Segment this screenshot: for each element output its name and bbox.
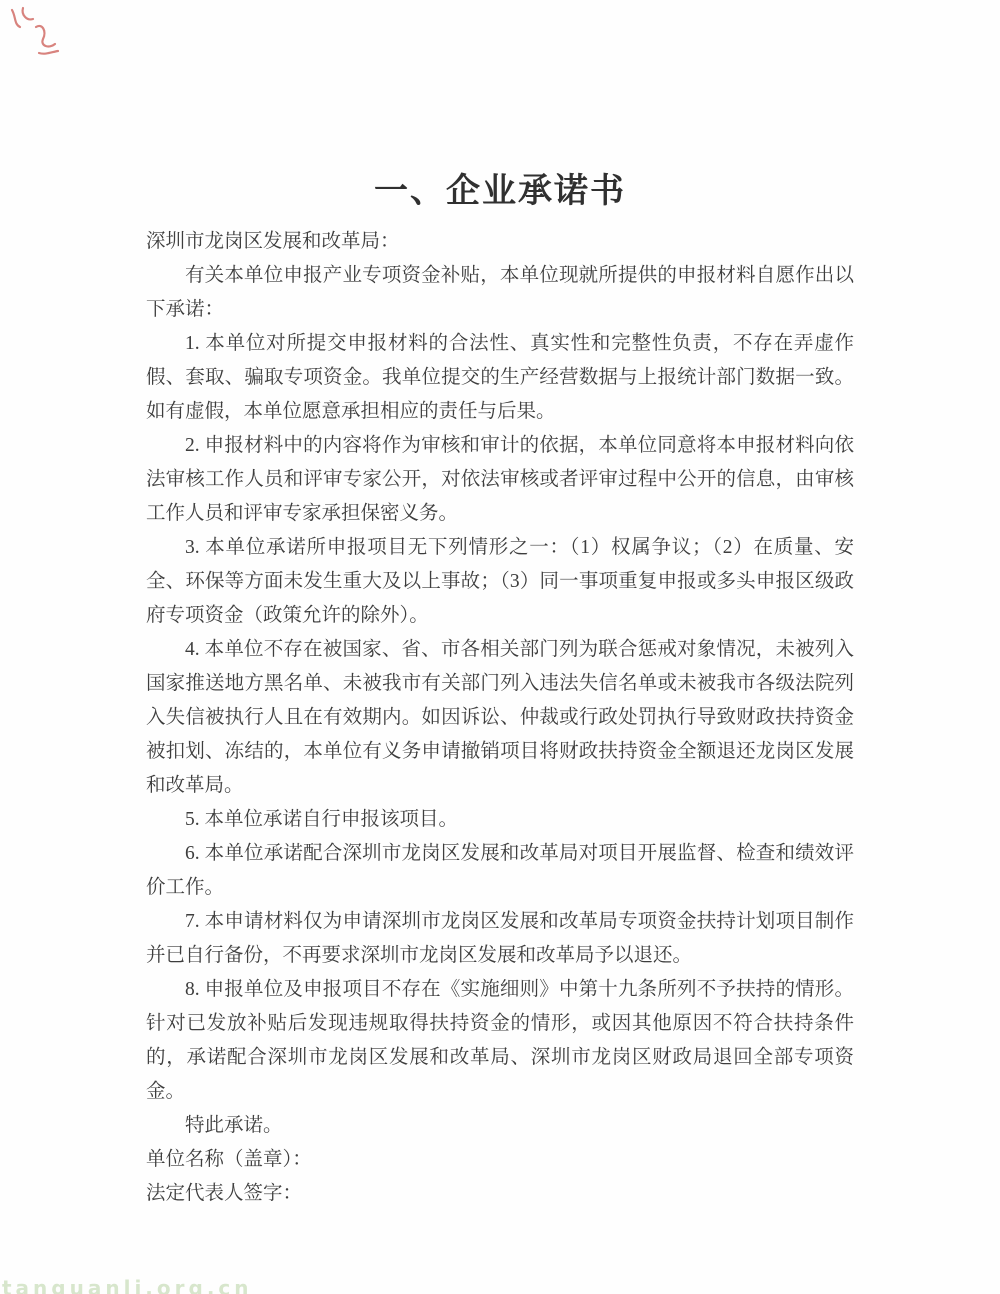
commitment-item-8: 8. 申报单位及申报项目不存在《实施细则》中第十九条所列不予扶持的情形。针对已发… <box>146 973 854 1109</box>
closing-line: 特此承诺。 <box>146 1109 854 1143</box>
commitment-item-3: 3. 本单位承诺所申报项目无下列情形之一：（1）权属争议；（2）在质量、安全、环… <box>146 531 854 633</box>
commitment-item-5: 5. 本单位承诺自行申报该项目。 <box>146 803 854 837</box>
commitment-item-1: 1. 本单位对所提交申报材料的合法性、真实性和完整性负责，不存在弄虚作假、套取、… <box>146 327 854 429</box>
document-title: 一、企业承诺书 <box>0 172 1000 212</box>
commitment-item-6: 6. 本单位承诺配合深圳市龙岗区发展和改革局对项目开展监督、检查和绩效评价工作。 <box>146 837 854 905</box>
commitment-item-2: 2. 申报材料中的内容将作为审核和审计的依据，本单位同意将本申报材料向依法审核工… <box>146 429 854 531</box>
unit-name-seal-line: 单位名称（盖章）： <box>146 1143 854 1177</box>
salutation-line: 深圳市龙岗区发展和改革局： <box>146 225 854 259</box>
document-page: 一、企业承诺书 深圳市龙岗区发展和改革局： 有关本单位申报产业专项资金补贴，本单… <box>0 0 1000 1294</box>
commitment-item-7: 7. 本申请材料仅为申请深圳市龙岗区发展和改革局专项资金扶持计划项目制作并已自行… <box>146 905 854 973</box>
legal-representative-signature-line: 法定代表人签字： <box>146 1177 854 1211</box>
commitment-item-4: 4. 本单位不存在被国家、省、市各相关部门列为联合惩戒对象情况，未被列入国家推送… <box>146 633 854 803</box>
red-pen-scribble-marks <box>5 3 67 61</box>
intro-paragraph: 有关本单位申报产业专项资金补贴，本单位现就所提供的申报材料自愿作出以下承诺： <box>146 259 854 327</box>
site-watermark: tanguanli.org.cn <box>2 1276 253 1294</box>
document-body: 深圳市龙岗区发展和改革局： 有关本单位申报产业专项资金补贴，本单位现就所提供的申… <box>146 225 854 1211</box>
